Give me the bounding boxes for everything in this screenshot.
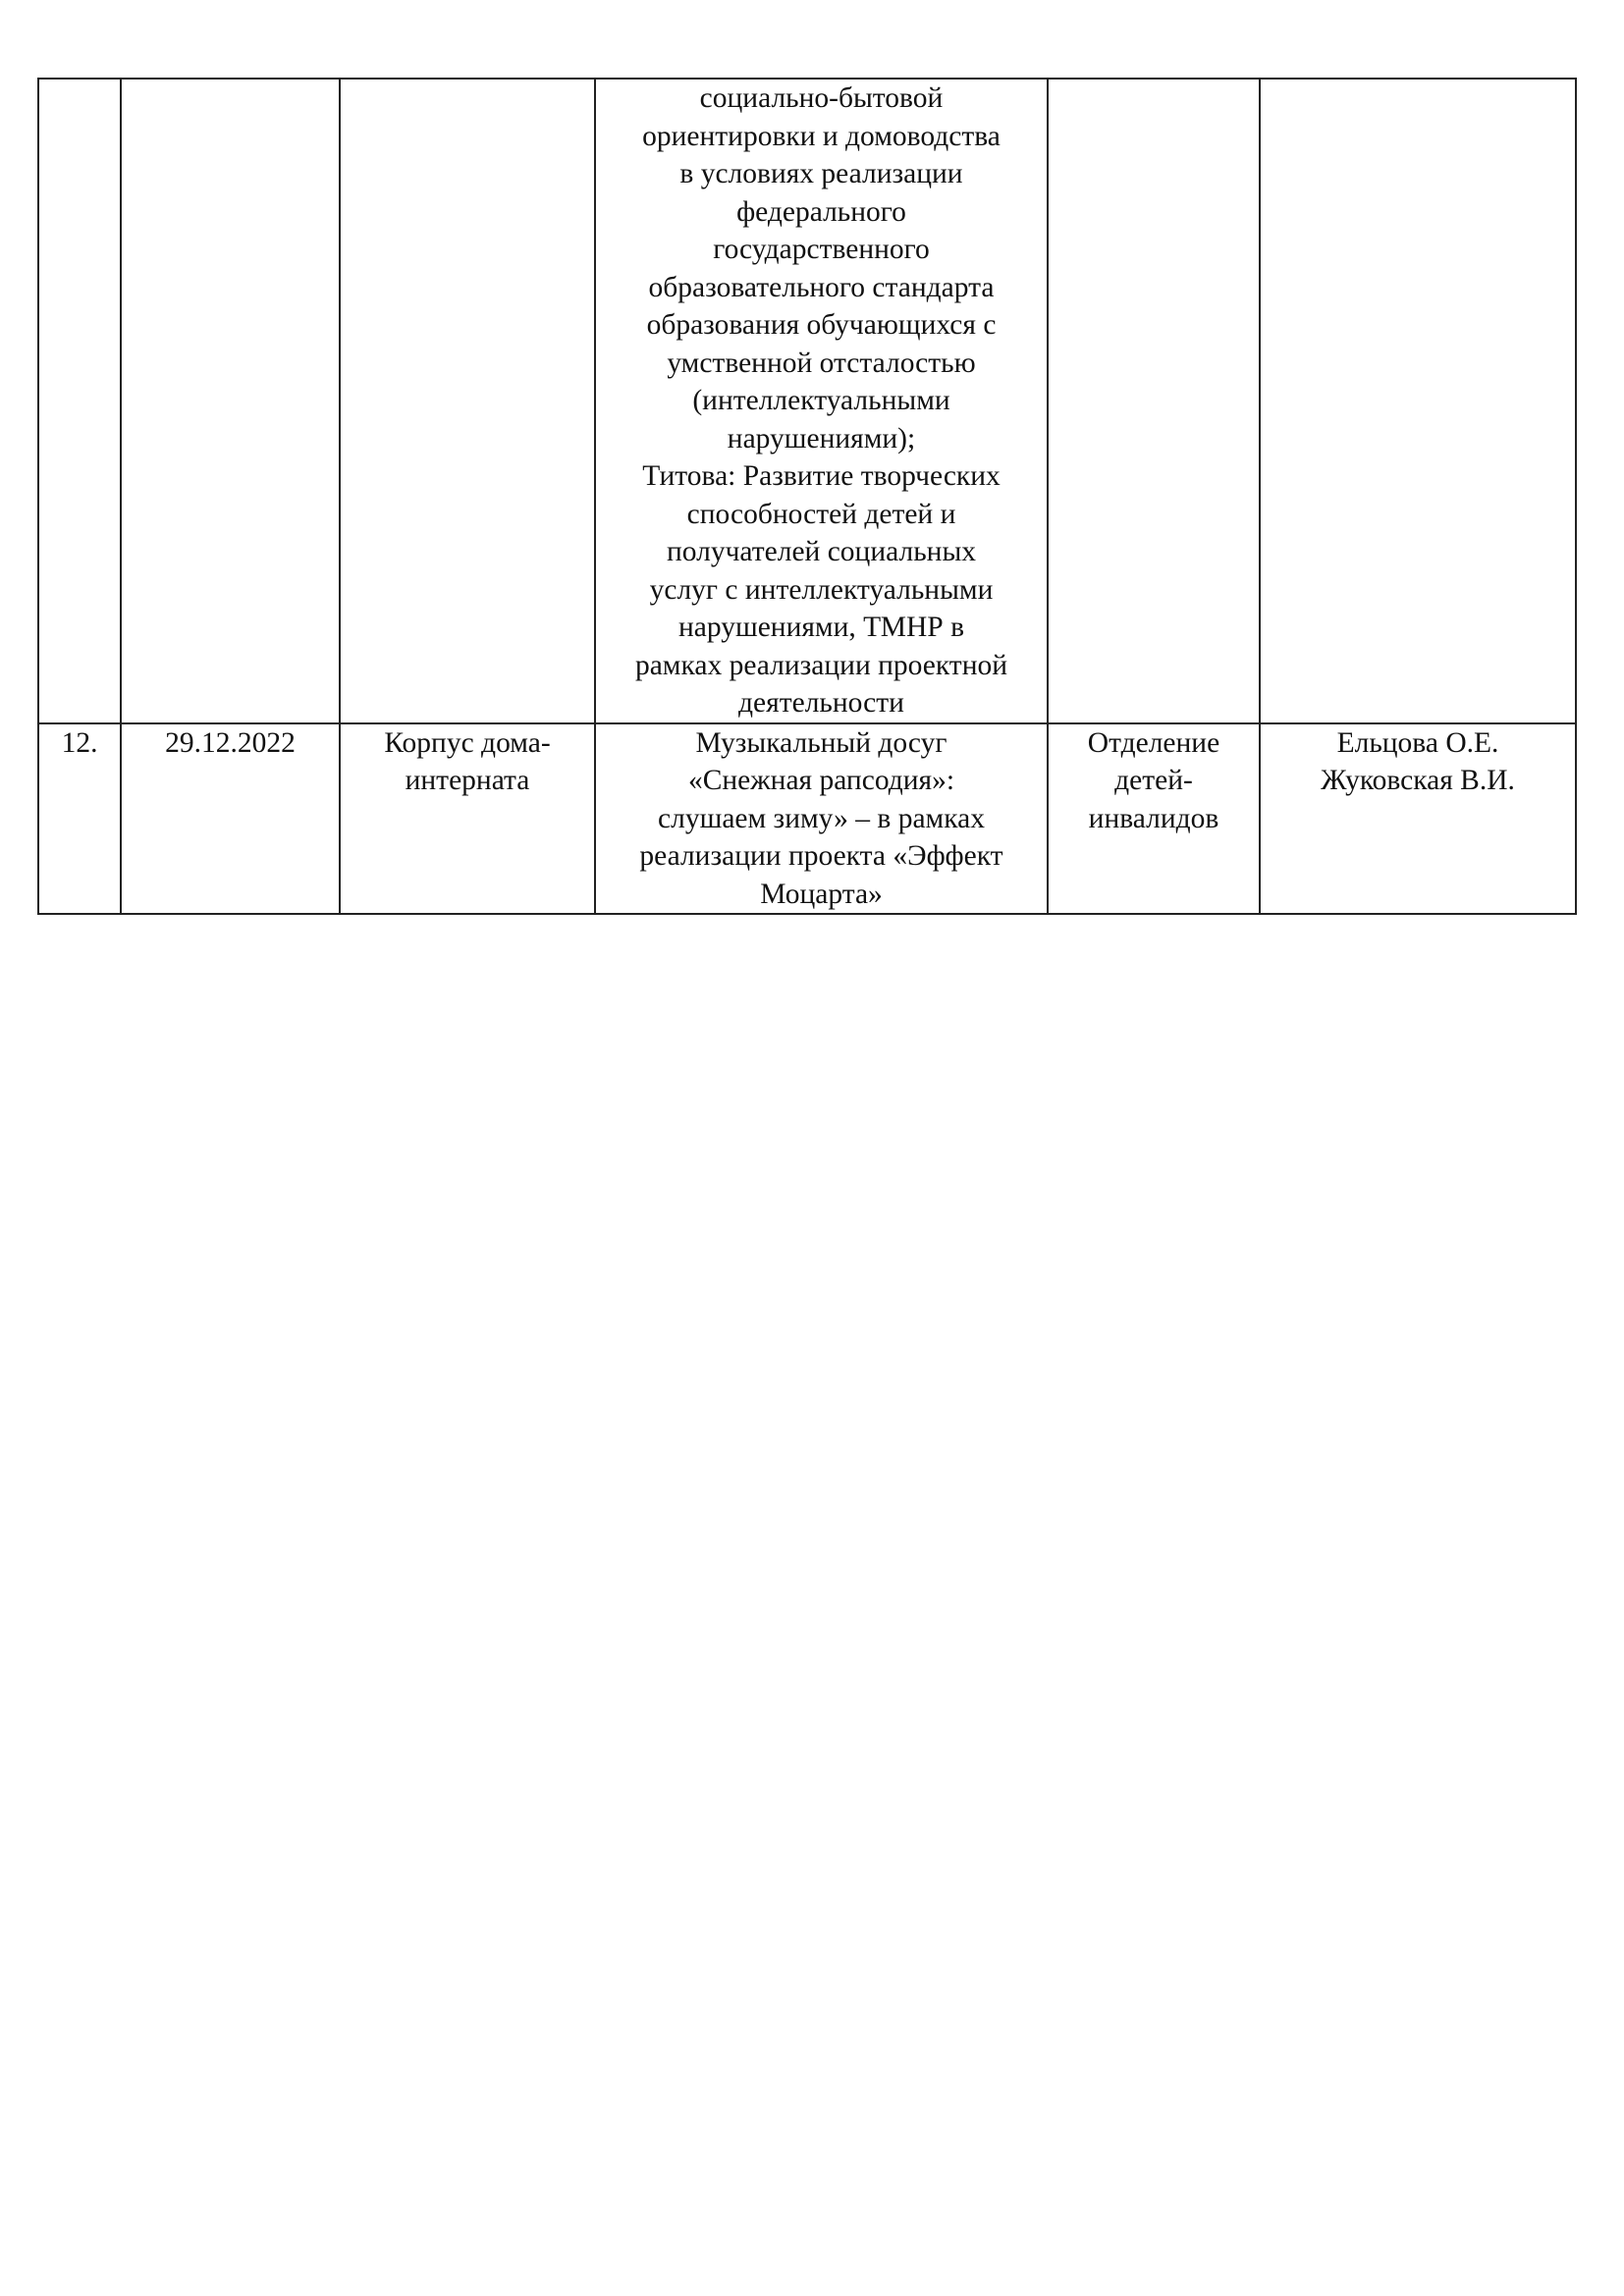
cell-responsible <box>1260 79 1576 723</box>
cell-date <box>121 79 340 723</box>
cell-number: 12. <box>38 723 121 915</box>
cell-date: 29.12.2022 <box>121 723 340 915</box>
cell-number <box>38 79 121 723</box>
cell-department: Отделение детей- инвалидов <box>1048 723 1260 915</box>
cell-event: социально-бытовой ориентировки и домовод… <box>595 79 1048 723</box>
document-page: социально-бытовой ориентировки и домовод… <box>0 0 1624 2296</box>
cell-place <box>340 79 595 723</box>
cell-department <box>1048 79 1260 723</box>
cell-place: Корпус дома- интерната <box>340 723 595 915</box>
table-row: социально-бытовой ориентировки и домовод… <box>38 79 1576 723</box>
cell-responsible: Ельцова О.Е. Жуковская В.И. <box>1260 723 1576 915</box>
table-row: 12. 29.12.2022 Корпус дома- интерната Му… <box>38 723 1576 915</box>
events-table: социально-бытовой ориентировки и домовод… <box>37 78 1577 915</box>
cell-event: Музыкальный досуг «Снежная рапсодия»: сл… <box>595 723 1048 915</box>
